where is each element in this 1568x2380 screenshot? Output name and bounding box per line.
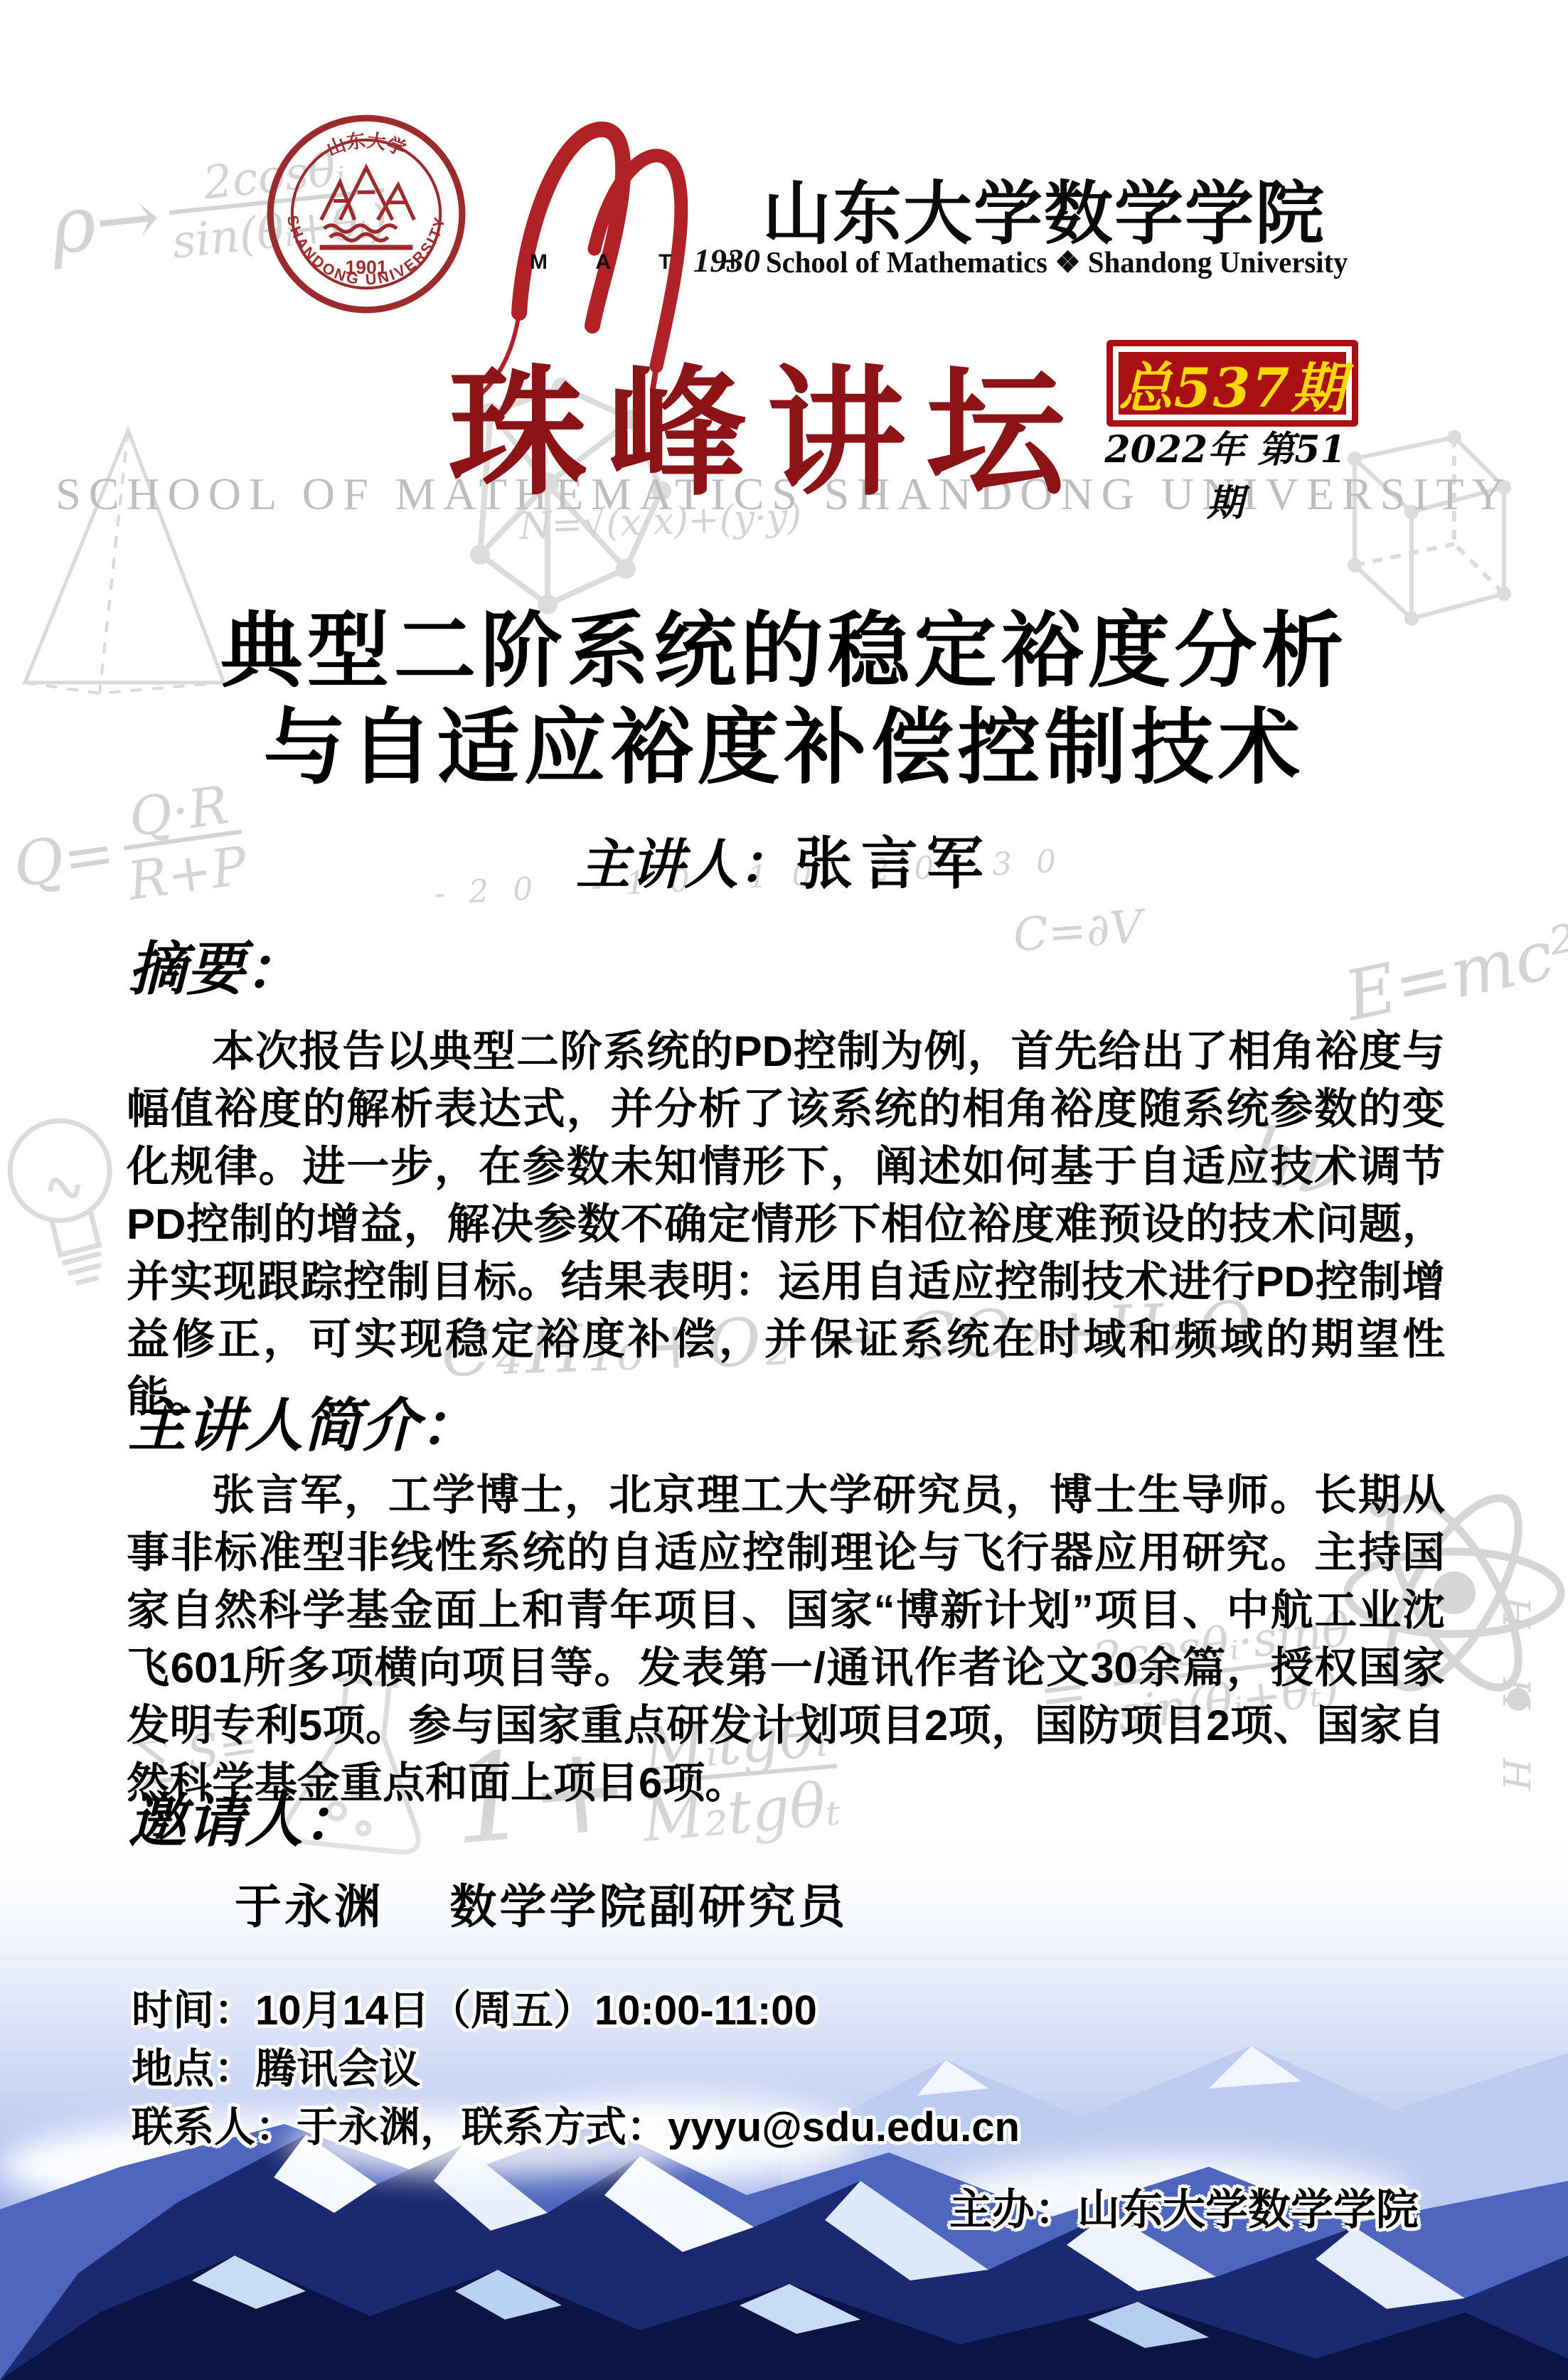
venue-line: 地点：腾讯会议 xyxy=(132,2035,420,2095)
abstract-heading: 摘要： xyxy=(128,923,303,1006)
founding-year-label: 1930 xyxy=(693,242,760,280)
forum-title: 珠峰讲坛 xyxy=(448,321,1085,522)
inviter-heading: 邀请人： xyxy=(128,1775,361,1858)
issue-year-label: 2022年 第51期 xyxy=(1101,420,1350,526)
contact-line: 联系人：于永渊，联系方式：yyyu@sdu.edu.cn xyxy=(132,2093,1020,2153)
school-name-en: School of Mathematics ❖ Shandong Univers… xyxy=(766,245,1348,280)
svg-text:1901: 1901 xyxy=(345,257,387,278)
formula-doodle-emc: E=mc² xyxy=(1340,914,1568,1030)
speaker-name: 张言军 xyxy=(796,832,992,895)
poster-page: ρ→ 2cosθᵢ sin(θᵢ+θₜ) N=√( xyxy=(0,0,1568,2380)
organizer-line: 主办：山东大学数学学院 xyxy=(949,2176,1419,2237)
time-line: 时间：10月14日（周五）10:00-11:00 xyxy=(132,1977,817,2037)
issue-badge: 总537期 xyxy=(1106,340,1358,427)
bio-body: 张言军，工学博士，北京理工大学研究员，博士生导师。长期从事非标准型非线性系统的自… xyxy=(127,1466,1445,1812)
inviter-name-line: 于永渊 数学学院副研究员 xyxy=(235,1869,848,1936)
abstract-body: 本次报告以典型二阶系统的PD控制为例，首先给出了相角裕度与幅值裕度的解析表达式，… xyxy=(127,1023,1445,1426)
chemical-h-doodle: H H H xyxy=(1497,1596,1534,1809)
school-name-cn: 山东大学数学学院 xyxy=(762,158,1326,257)
formula-doodle-cdv: C=∂V xyxy=(1012,904,1144,959)
issue-badge-text: 总537期 xyxy=(1119,345,1347,422)
lecture-title-line2: 与自适应裕度补偿控制技术 xyxy=(0,681,1568,800)
bio-heading: 主讲人简介： xyxy=(128,1380,478,1463)
svg-text:山东大学: 山东大学 xyxy=(324,129,410,160)
speaker-label: 主讲人： xyxy=(576,833,792,896)
university-seal-logo: 山东大学 SHANDONG UNIVERSITY 1901 xyxy=(265,112,468,316)
speaker-line: 主讲人： 张言军 xyxy=(0,818,1568,900)
